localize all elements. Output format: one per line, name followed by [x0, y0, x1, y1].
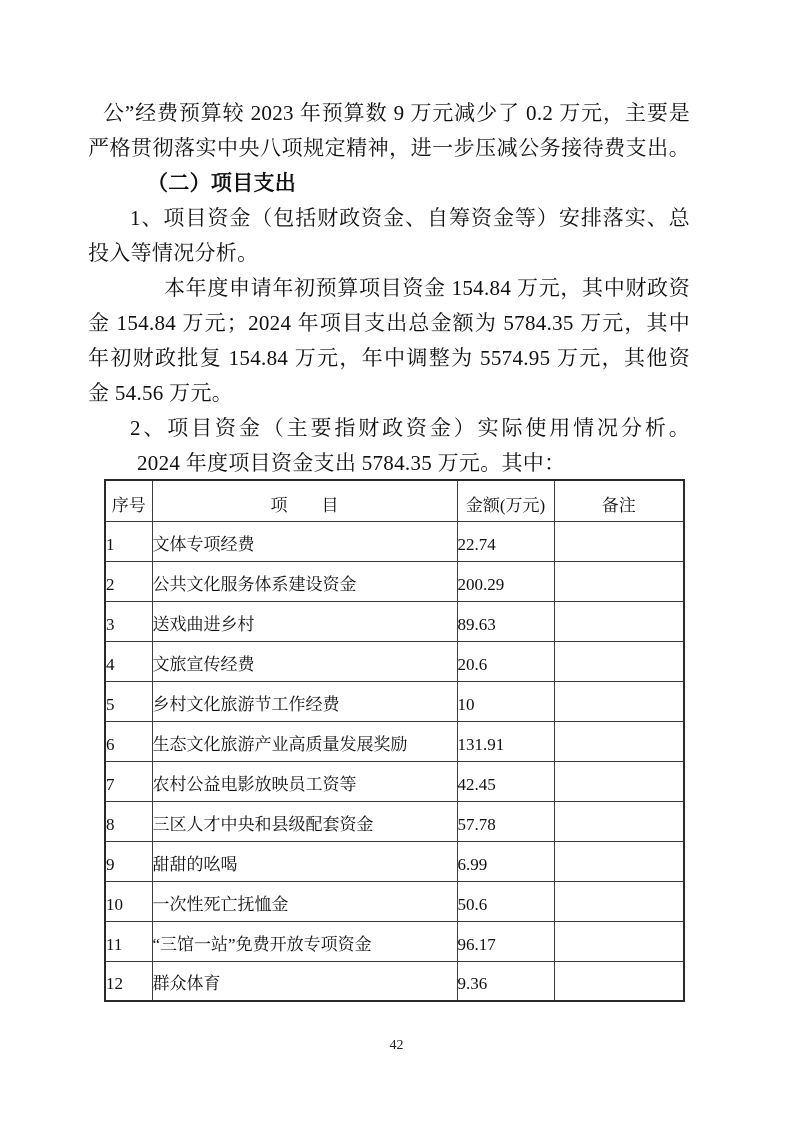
project-expenditure-table: 序号 项 目 金额(万元) 备注 1 文体专项经费 22.74 2 公共文化服务… — [104, 479, 685, 1002]
cell-note — [554, 881, 684, 921]
table-row: 7 农村公益电影放映员工资等 42.45 — [105, 761, 684, 801]
body-line: 年初财政批复 154.84 万元，年中调整为 5574.95 万元，其他资 — [88, 341, 690, 376]
cell-item: 送戏曲进乡村 — [152, 601, 457, 641]
cell-amount: 50.6 — [457, 881, 554, 921]
cell-item: 三区人才中央和县级配套资金 — [152, 801, 457, 841]
cell-note — [554, 921, 684, 961]
cell-no: 5 — [105, 681, 152, 721]
cell-amount: 57.78 — [457, 801, 554, 841]
cell-no: 1 — [105, 521, 152, 561]
cell-no: 3 — [105, 601, 152, 641]
table-row: 9 甜甜的吆喝 6.99 — [105, 841, 684, 881]
page-number: 42 — [0, 1038, 793, 1054]
cell-item: 公共文化服务体系建设资金 — [152, 561, 457, 601]
cell-item: 文体专项经费 — [152, 521, 457, 561]
body-line: 金 154.84 万元；2024 年项目支出总金额为 5784.35 万元，其中 — [88, 306, 690, 341]
cell-item: 文旅宣传经费 — [152, 641, 457, 681]
document-page: 公”经费预算较 2023 年预算数 9 万元减少了 0.2 万元，主要是 严格贯… — [0, 0, 793, 1122]
cell-item: 乡村文化旅游节工作经费 — [152, 681, 457, 721]
table-row: 5 乡村文化旅游节工作经费 10 — [105, 681, 684, 721]
cell-item: 一次性死亡抚恤金 — [152, 881, 457, 921]
body-line: 严格贯彻落实中央八项规定精神，进一步压减公务接待费支出。 — [88, 131, 690, 166]
cell-amount: 131.91 — [457, 721, 554, 761]
cell-note — [554, 721, 684, 761]
cell-note — [554, 761, 684, 801]
cell-note — [554, 561, 684, 601]
cell-no: 6 — [105, 721, 152, 761]
cell-no: 8 — [105, 801, 152, 841]
body-line: 金 54.56 万元。 — [88, 376, 690, 411]
body-line: 本年度申请年初预算项目资金 154.84 万元，其中财政资 — [88, 271, 690, 306]
cell-item: 甜甜的吆喝 — [152, 841, 457, 881]
cell-amount: 6.99 — [457, 841, 554, 881]
cell-note — [554, 681, 684, 721]
cell-item: “三馆一站”免费开放专项资金 — [152, 921, 457, 961]
cell-amount: 20.6 — [457, 641, 554, 681]
cell-item: 生态文化旅游产业高质量发展奖励 — [152, 721, 457, 761]
table-row: 1 文体专项经费 22.74 — [105, 521, 684, 561]
cell-note — [554, 801, 684, 841]
section-heading: （二）项目支出 — [88, 166, 690, 201]
body-line: 投入等情况分析。 — [88, 236, 690, 271]
cell-no: 12 — [105, 961, 152, 1001]
table-row: 11 “三馆一站”免费开放专项资金 96.17 — [105, 921, 684, 961]
cell-note — [554, 521, 684, 561]
cell-no: 4 — [105, 641, 152, 681]
cell-amount: 42.45 — [457, 761, 554, 801]
cell-note — [554, 961, 684, 1001]
table-header-row: 序号 项 目 金额(万元) 备注 — [105, 480, 684, 521]
header-item: 项 目 — [152, 480, 457, 521]
table-row: 8 三区人才中央和县级配套资金 57.78 — [105, 801, 684, 841]
cell-amount: 89.63 — [457, 601, 554, 641]
body-line: 公”经费预算较 2023 年预算数 9 万元减少了 0.2 万元，主要是 — [88, 96, 690, 131]
body-line: 1、项目资金（包括财政资金、自筹资金等）安排落实、总 — [88, 201, 690, 236]
cell-amount: 9.36 — [457, 961, 554, 1001]
header-amount: 金额(万元) — [457, 480, 554, 521]
cell-amount: 96.17 — [457, 921, 554, 961]
header-no: 序号 — [105, 480, 152, 521]
table-row: 10 一次性死亡抚恤金 50.6 — [105, 881, 684, 921]
cell-no: 2 — [105, 561, 152, 601]
cell-no: 9 — [105, 841, 152, 881]
table-row: 4 文旅宣传经费 20.6 — [105, 641, 684, 681]
cell-item: 农村公益电影放映员工资等 — [152, 761, 457, 801]
cell-no: 7 — [105, 761, 152, 801]
cell-no: 10 — [105, 881, 152, 921]
table-row: 3 送戏曲进乡村 89.63 — [105, 601, 684, 641]
body-line: 2、项目资金（主要指财政资金）实际使用情况分析。 — [88, 411, 690, 446]
cell-item: 群众体育 — [152, 961, 457, 1001]
cell-amount: 10 — [457, 681, 554, 721]
cell-note — [554, 601, 684, 641]
table-row: 12 群众体育 9.36 — [105, 961, 684, 1001]
table-row: 6 生态文化旅游产业高质量发展奖励 131.91 — [105, 721, 684, 761]
body-line: 2024 年度项目资金支出 5784.35 万元。其中： — [88, 446, 690, 481]
cell-note — [554, 641, 684, 681]
cell-amount: 22.74 — [457, 521, 554, 561]
header-note: 备注 — [554, 480, 684, 521]
body-text: 公”经费预算较 2023 年预算数 9 万元减少了 0.2 万元，主要是 严格贯… — [88, 96, 690, 481]
table-row: 2 公共文化服务体系建设资金 200.29 — [105, 561, 684, 601]
cell-note — [554, 841, 684, 881]
cell-amount: 200.29 — [457, 561, 554, 601]
cell-no: 11 — [105, 921, 152, 961]
